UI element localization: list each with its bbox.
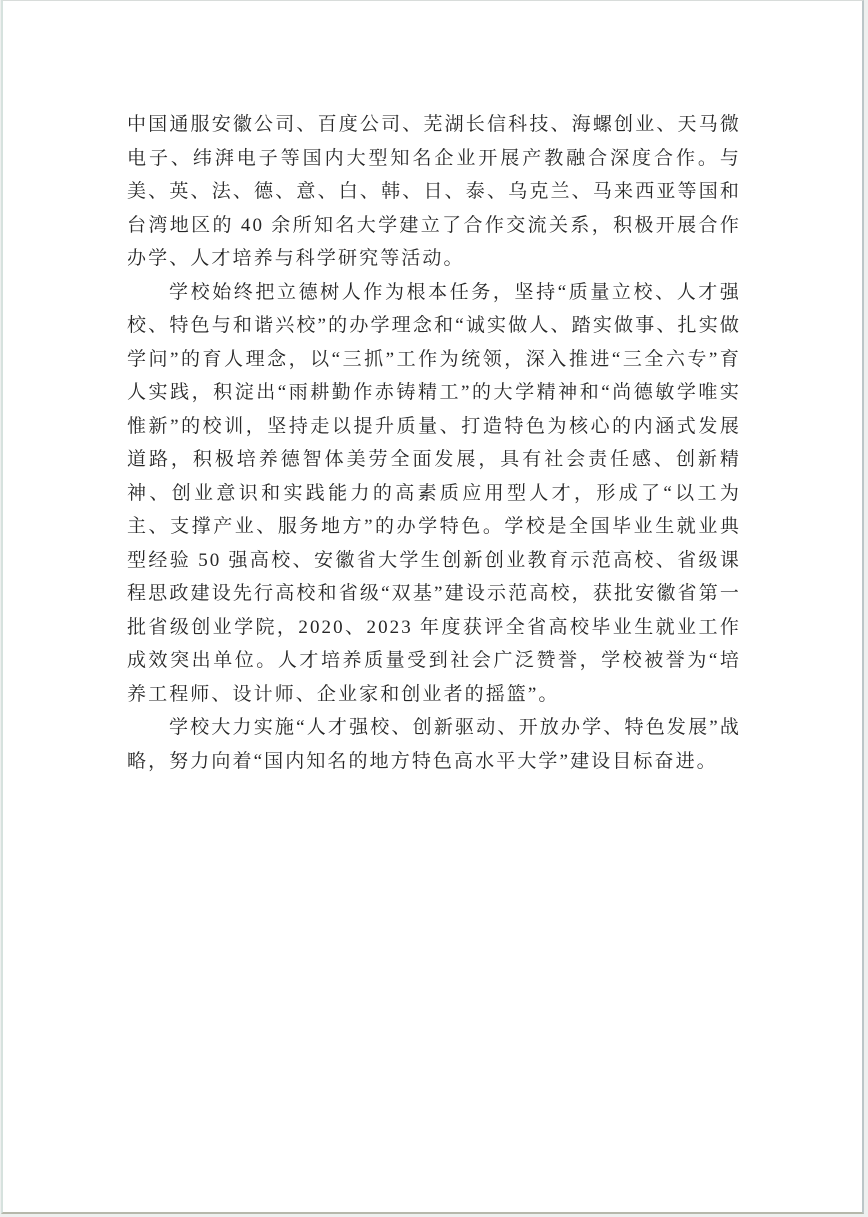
- paragraph: 学校始终把立德树人作为根本任务，坚持“质量立校、人才强校、特色与和谐兴校”的办学…: [127, 276, 741, 712]
- document-body: 中国通服安徽公司、百度公司、芜湖长信科技、海螺创业、天马微电子、纬湃电子等国内大…: [127, 108, 741, 778]
- paragraph: 学校大力实施“人才强校、创新驱动、开放办学、特色发展”战略，努力向着“国内知名的…: [127, 711, 741, 778]
- paragraph: 中国通服安徽公司、百度公司、芜湖长信科技、海螺创业、天马微电子、纬湃电子等国内大…: [127, 108, 741, 276]
- document-page: 中国通服安徽公司、百度公司、芜湖长信科技、海螺创业、天马微电子、纬湃电子等国内大…: [1, 0, 864, 1214]
